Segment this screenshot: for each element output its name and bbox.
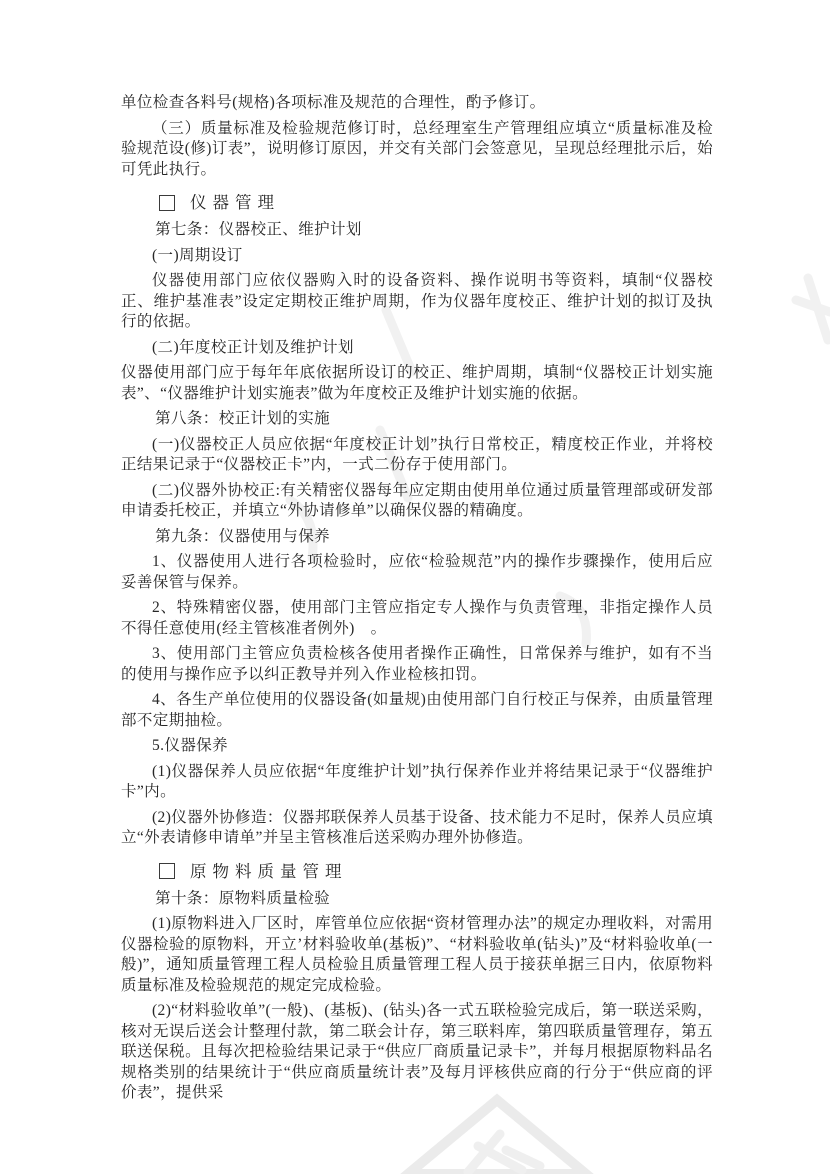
section-heading-label: 原物料质量管理	[190, 861, 348, 882]
section-heading-label: 仪器管理	[190, 192, 280, 213]
paragraph: (一)周期设订	[121, 246, 713, 267]
section-heading-raw-material-quality: 原物料质量管理	[121, 861, 713, 882]
paragraph: 4、各生产单位使用的仪器设备(如量规)由使用部门自行校正与保养，由质量管理部不定…	[121, 690, 713, 731]
paragraph: 5.仪器保养	[121, 736, 713, 757]
paragraph: 1、仪器使用人进行各项检验时，应依“检验规范”内的操作步骤操作，使用后应妥善保管…	[121, 552, 713, 593]
paragraph: (二)仪器外协校正:有关精密仪器每年应定期由使用单位通过质量管理部或研发部申请委…	[121, 481, 713, 522]
article-title: 第八条：校正计划的实施	[121, 409, 713, 430]
checkbox-square-icon	[159, 195, 175, 211]
paragraph: (1)原物料进入厂区时，库管单位应依据“资材管理办法”的规定办理收料，对需用仪器…	[121, 914, 713, 996]
article-title: 第十条：原物料质量检验	[121, 889, 713, 910]
paragraph: (一)仪器校正人员应依据“年度校正计划”执行日常校正，精度校正作业，并将校正结果…	[121, 435, 713, 476]
checkbox-square-icon	[159, 863, 175, 879]
paragraph: (二)年度校正计划及维护计划	[121, 338, 713, 359]
paragraph: 单位检查各料号(规格)各项标准及规范的合理性，酌予修订。	[121, 93, 713, 114]
paragraph: 仪器使用部门应依仪器购入时的设备资料、操作说明书等资料，填制“仪器校正、维护基准…	[121, 271, 713, 333]
paragraph: (1)仪器保养人员应依据“年度维护计划”执行保养作业并将结果记录于“仪器维护卡”…	[121, 762, 713, 803]
paragraph: 仪器使用部门应于每年年底依据所设订的校正、维护周期，填制“仪器校正计划实施表”、…	[121, 363, 713, 404]
paragraph: 2、特殊精密仪器，使用部门主管应指定专人操作与负责管理，非指定操作人员不得任意使…	[121, 598, 713, 639]
paragraph: (2)“材料验收单”(一般)、(基板)、(钻头)各一式五联检验完成后，第一联送采…	[121, 1001, 713, 1104]
article-title: 第七条：仪器校正、维护计划	[121, 220, 713, 241]
watermark-triangle-logo	[408, 1100, 586, 1174]
paragraph: (2)仪器外协修造：仪器邦联保养人员基于设备、技术能力不足时，保养人员应填立“外…	[121, 808, 713, 849]
document-body: 单位检查各料号(规格)各项标准及规范的合理性，酌予修订。 （三）质量标准及检验规…	[121, 88, 713, 1109]
paragraph: （三）质量标准及检验规范修订时，总经理室生产管理组应填立“质量标准及检验规范设(…	[121, 119, 713, 181]
document-page: 单位检查各料号(规格)各项标准及规范的合理性，酌予修订。 （三）质量标准及检验规…	[0, 0, 830, 1174]
article-title: 第九条：仪器使用与保养	[121, 527, 713, 548]
section-heading-instrument-management: 仪器管理	[121, 192, 713, 213]
paragraph: 3、使用部门主管应负责检核各使用者操作正确性，日常保养与维护，如有不当的使用与操…	[121, 644, 713, 685]
